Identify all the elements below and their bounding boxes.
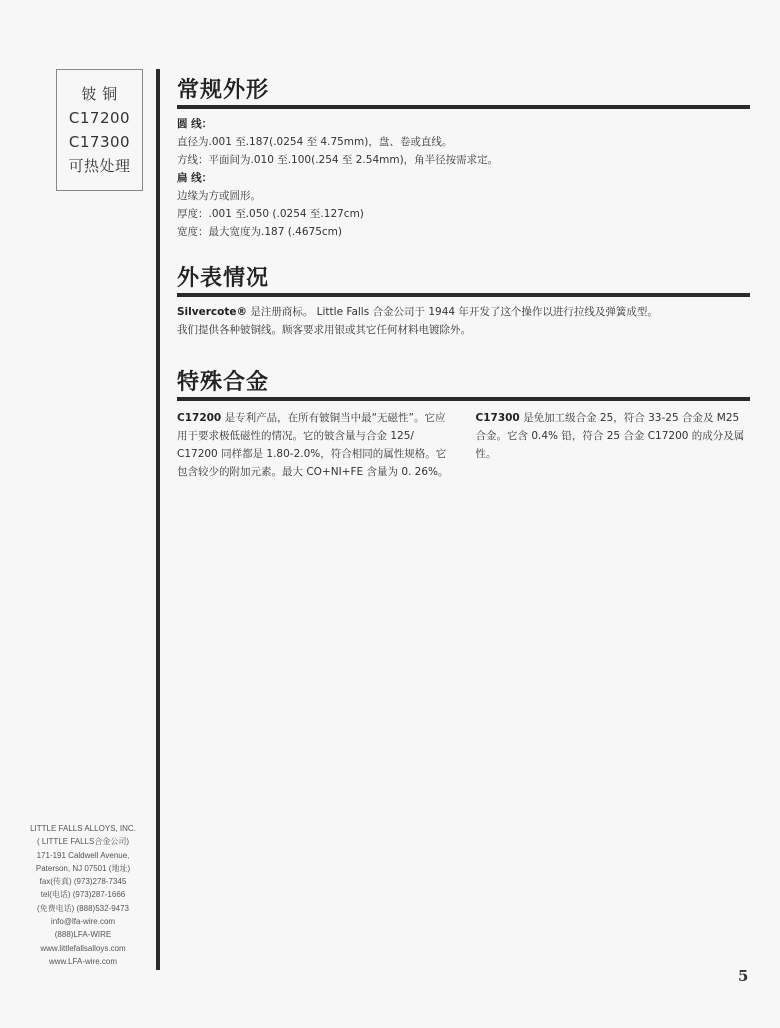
product-label-box: 铍 铜 C17200 C17300 可热处理 [56, 69, 143, 191]
address-line: www.LFA-wire.com [14, 955, 152, 968]
section-title: 特殊合金 [177, 368, 750, 396]
brand-name: Silvercote® [177, 306, 247, 318]
flat-wire-label: 扁 线： [177, 169, 750, 187]
product-label-line: 可热处理 [57, 154, 142, 178]
surface-line-2: 我们提供各种铍铜线。顾客要求用银或其它任何材料电镀除外。 [177, 321, 750, 339]
product-label-line: C17300 [57, 130, 142, 154]
section-rule [177, 293, 750, 297]
address-line: Paterson, NJ 07501 (地址) [14, 862, 152, 875]
section-rule [177, 397, 750, 401]
address-line: www.littlefallsalloys.com [14, 942, 152, 955]
product-label-line: 铍 铜 [57, 82, 142, 106]
address-line: 171-191 Caldwell Avenue, [14, 849, 152, 862]
alloy-c17200: C17200 是专利产品，在所有铍铜当中最“无磁性”。它应用于要求极低磁性的情况… [177, 409, 452, 481]
flat-wire-thickness: 厚度：.001 至.050 (.0254 至.127cm) [177, 205, 750, 223]
section-surface: 外表情况 Silvercote® 是注册商标。 Little Falls 合金公… [177, 264, 750, 339]
address-line: ( LITTLE FALLS合金公司) [14, 835, 152, 848]
address-line: (免费电话) (888)532-9473 [14, 902, 152, 915]
flat-wire-edge: 边缘为方或圆形。 [177, 187, 750, 205]
alloy-code: C17300 [476, 412, 520, 424]
section-alloys: 特殊合金 C17200 是专利产品，在所有铍铜当中最“无磁性”。它应用于要求极低… [177, 368, 750, 481]
product-label-line: C17200 [57, 106, 142, 130]
address-line: info@lfa-wire.com [14, 915, 152, 928]
section-shapes: 常规外形 圆 线： 直径为.001 至.187(.0254 至 4.75mm)，… [177, 76, 750, 241]
address-line: (888)LFA-WIRE [14, 928, 152, 941]
surface-line-1: Silvercote® 是注册商标。 Little Falls 合金公司于 19… [177, 303, 750, 321]
flat-wire-width: 宽度：最大宽度为.187 (.4675cm) [177, 223, 750, 241]
section-rule [177, 105, 750, 109]
address-line: tel(电话) (973)287-1666 [14, 888, 152, 901]
round-wire-label: 圆 线： [177, 115, 750, 133]
address-line: LITTLE FALLS ALLOYS, INC. [14, 822, 152, 835]
square-wire-spec: 方线：平面间为.010 至.100(.254 至 2.54mm)，角半径按需求定… [177, 151, 750, 169]
round-wire-diameter: 直径为.001 至.187(.0254 至 4.75mm)，盘、卷或直线。 [177, 133, 750, 151]
company-address: LITTLE FALLS ALLOYS, INC. ( LITTLE FALLS… [14, 822, 152, 968]
surface-text: 是注册商标。 Little Falls 合金公司于 1944 年开发了这个操作以… [247, 306, 658, 318]
vertical-divider [156, 69, 160, 970]
alloy-c17300: C17300 是免加工级合金 25，符合 33-25 合金及 M25 合金。它含… [476, 409, 751, 481]
page-number: 5 [738, 967, 748, 985]
alloy-code: C17200 [177, 412, 221, 424]
section-title: 外表情况 [177, 264, 750, 292]
section-title: 常规外形 [177, 76, 750, 104]
address-line: fax(传真) (973)278-7345 [14, 875, 152, 888]
